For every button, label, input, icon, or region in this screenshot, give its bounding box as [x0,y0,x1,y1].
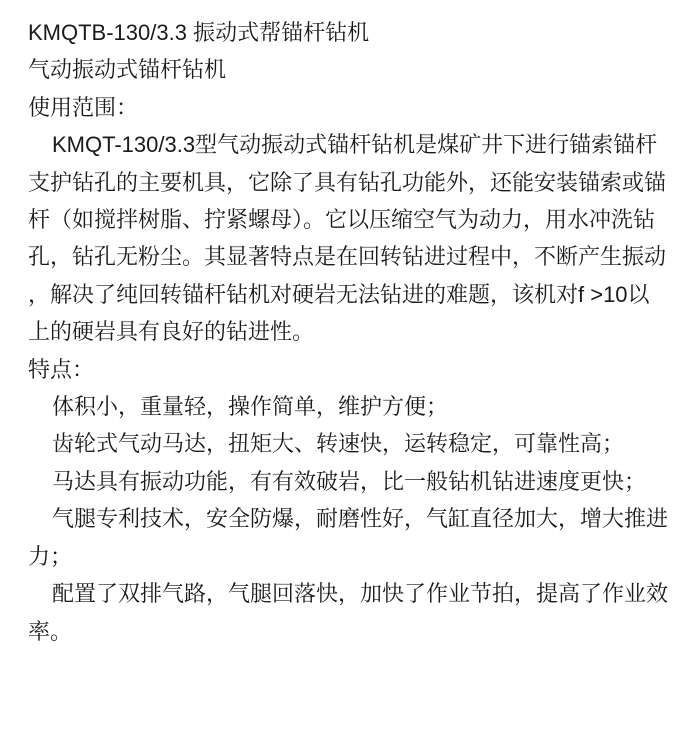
feature-item-size-weight: 体积小，重量轻，操作简单，维护方便； [28,388,668,425]
feature-item-vibration: 马达具有振动功能，有有效破岩，比一般钻机钻进速度更快； [28,463,668,500]
usage-scope-heading: 使用范围： [28,89,668,126]
doc-title-model: KMQTB-130/3.3 振动式帮锚杆钻机 [28,14,668,51]
feature-item-air-leg: 气腿专利技术，安全防爆，耐磨性好，气缸直径加大，增大推进力； [28,500,668,575]
document-page: KMQTB-130/3.3 振动式帮锚杆钻机 气动振动式锚杆钻机 使用范围： K… [0,0,680,734]
feature-item-dual-exhaust: 配置了双排气路，气腿回落快，加快了作业节拍，提高了作业效率。 [28,575,668,650]
usage-scope-paragraph: KMQT-130/3.3型气动振动式锚杆钻机是煤矿井下进行锚索锚杆支护钻孔的主要… [28,126,668,350]
doc-title-type: 气动振动式锚杆钻机 [28,51,668,88]
features-heading: 特点： [28,351,668,388]
feature-item-gear-motor: 齿轮式气动马达，扭矩大、转速快，运转稳定，可靠性高； [28,425,668,462]
